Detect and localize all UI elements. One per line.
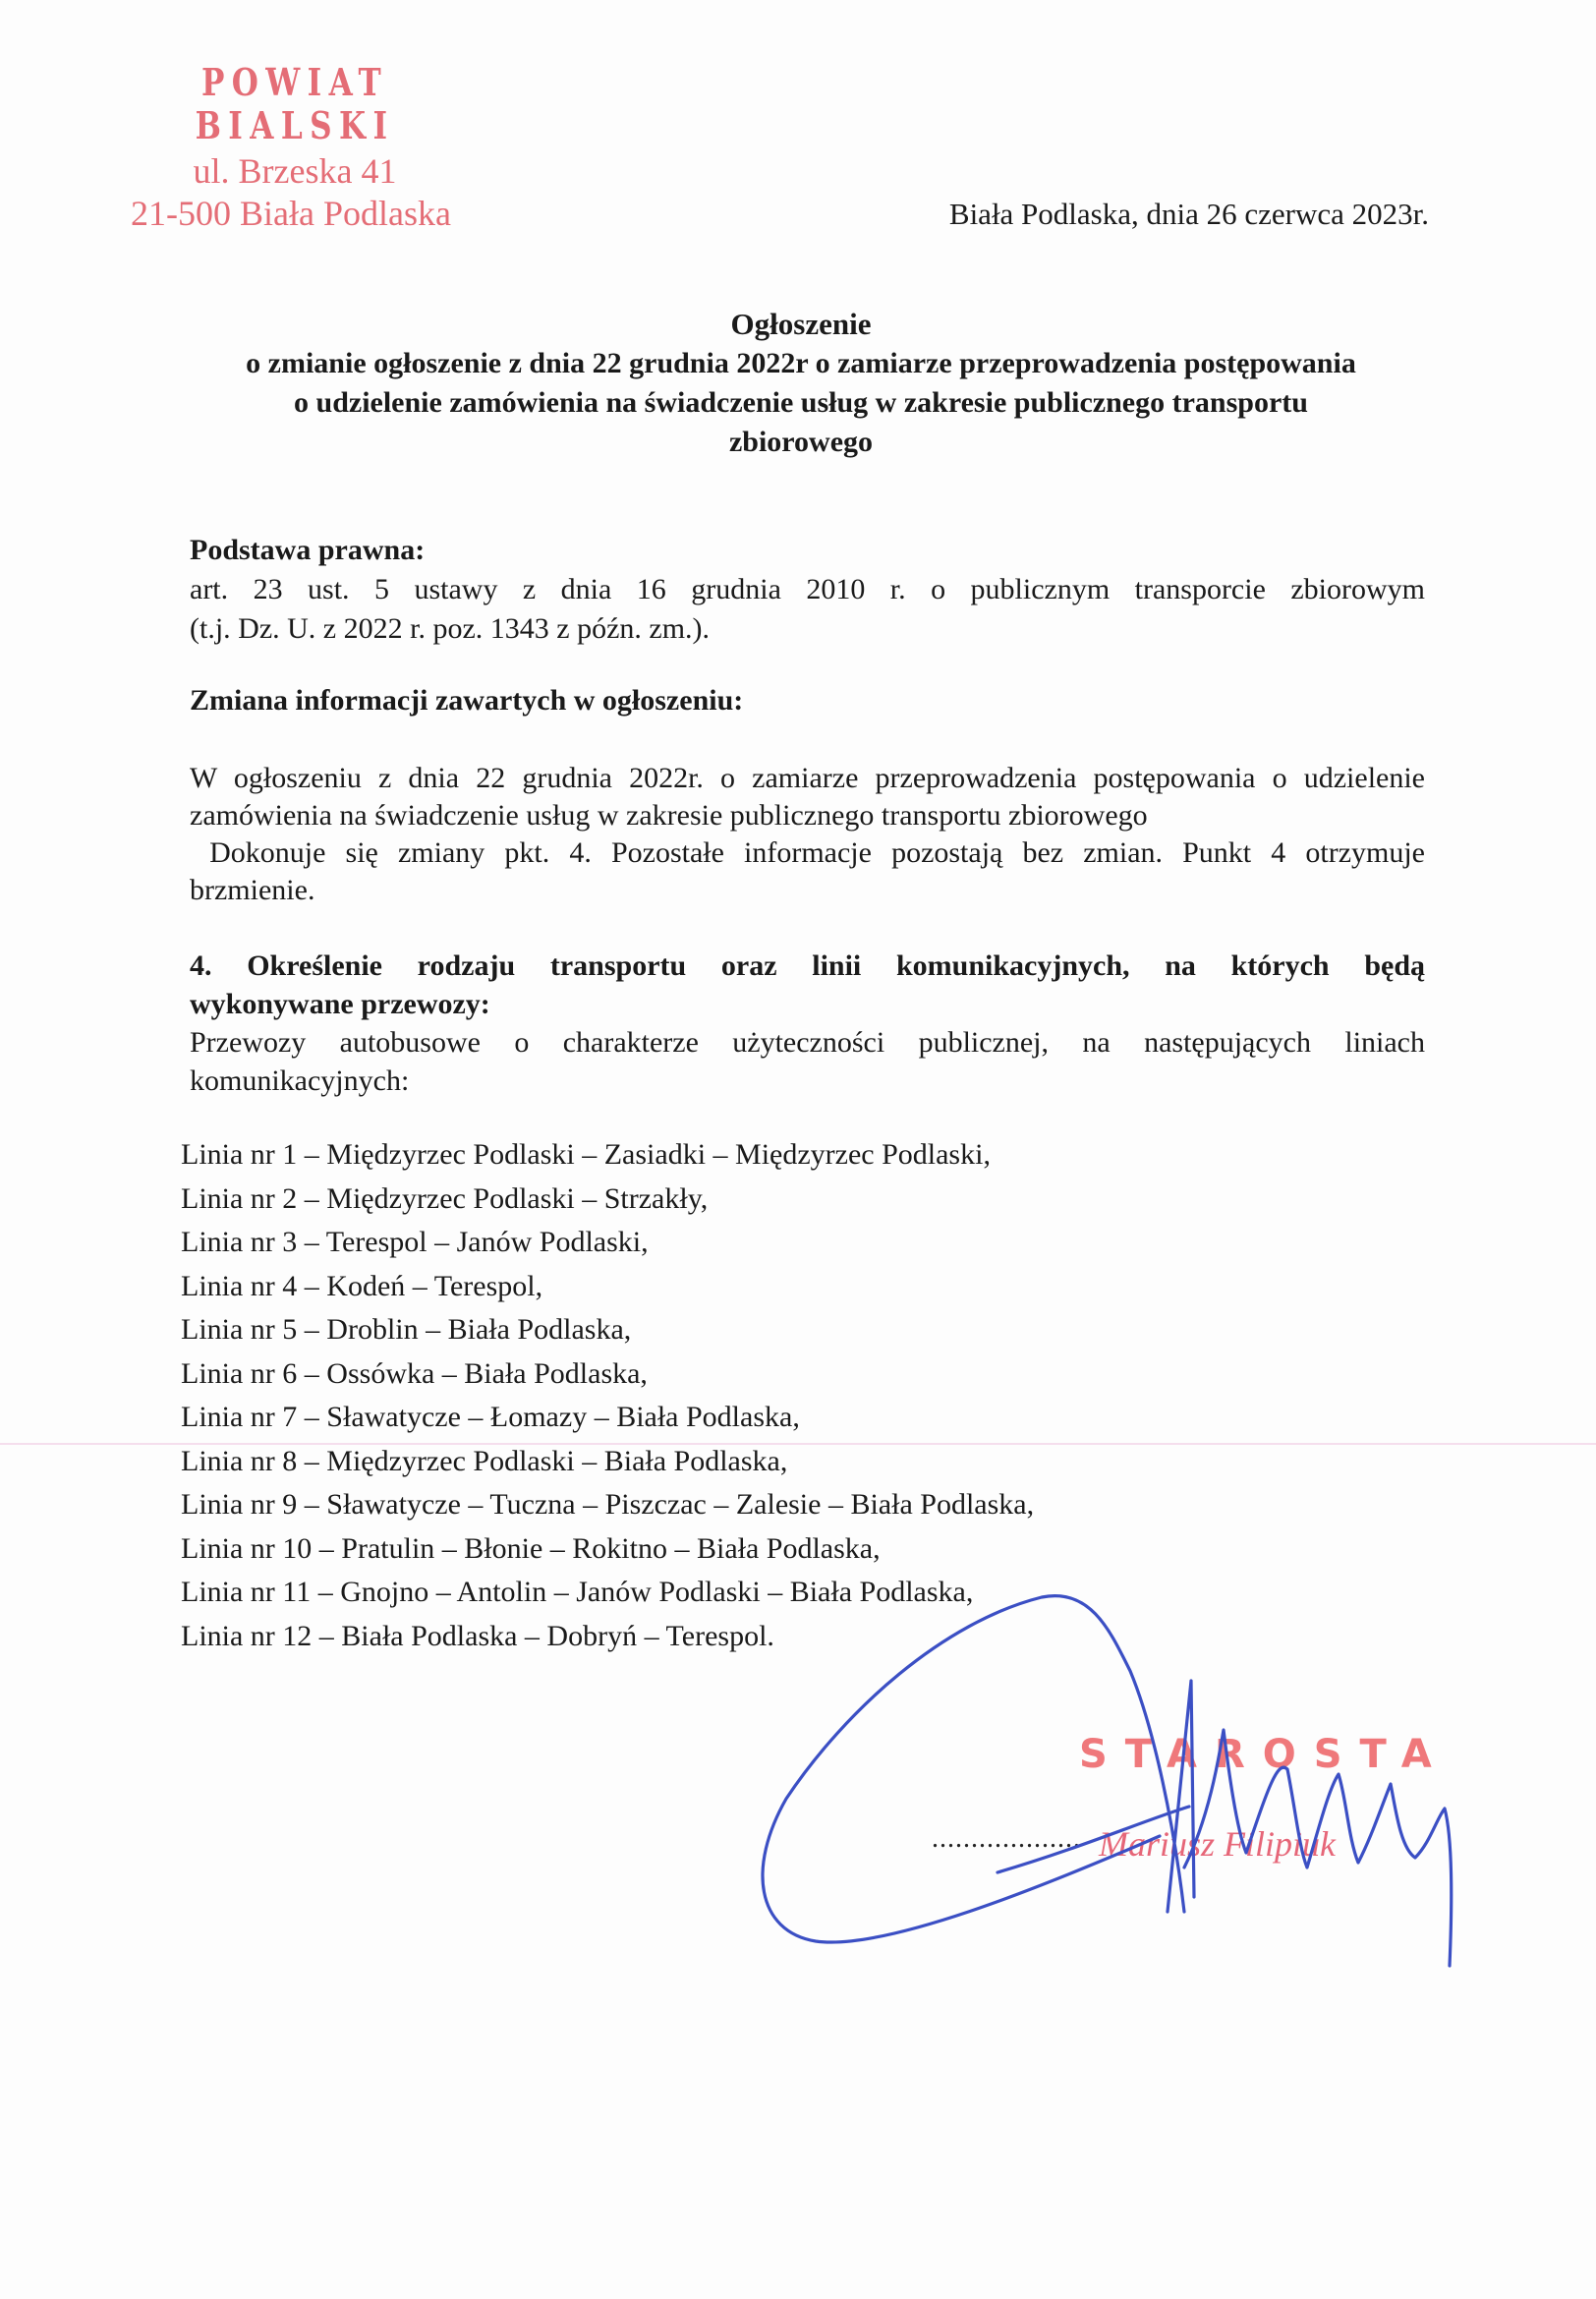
legal-basis-line: art. 23 ust. 5 ustawy z dnia 16 grudnia … — [190, 570, 1425, 609]
office-stamp: POWIAT BIALSKI ul. Brzeska 41 21-500 Bia… — [118, 61, 472, 234]
title-line: zbiorowego — [167, 423, 1435, 462]
starosta-stamp: STAROSTA — [1079, 1732, 1450, 1777]
stamp-city: 21-500 Biała Podlaska — [110, 193, 472, 234]
stamp-street: ul. Brzeska 41 — [118, 149, 472, 193]
list-item: Linia nr 10 – Pratulin – Błonie – Rokitn… — [181, 1527, 1034, 1572]
change-line: zamówienia na świadczenie usług w zakres… — [190, 797, 1425, 834]
list-item: Linia nr 2 – Międzyrzec Podlaski – Strza… — [181, 1178, 1034, 1222]
point-4-intro: komunikacyjnych: — [190, 1062, 1425, 1100]
legal-basis-line: (t.j. Dz. U. z 2022 r. poz. 1343 z późn.… — [190, 609, 1425, 649]
date-line: Biała Podlaska, dnia 26 czerwca 2023r. — [949, 195, 1429, 234]
signatory-name: Mariusz Filipiuk — [1099, 1823, 1336, 1865]
legal-basis-section: Podstawa prawna: art. 23 ust. 5 ustawy z… — [190, 531, 1425, 649]
list-item: Linia nr 1 – Międzyrzec Podlaski – Zasia… — [181, 1133, 1034, 1178]
change-line: brzmienie. — [190, 872, 1425, 909]
change-heading: Zmiana informacji zawartych w ogłoszeniu… — [190, 681, 1425, 720]
signature-dotted-line: ................... — [932, 1823, 1081, 1855]
title-line: o zmianie ogłoszenie z dnia 22 grudnia 2… — [167, 344, 1435, 383]
document-page: POWIAT BIALSKI ul. Brzeska 41 21-500 Bia… — [0, 0, 1596, 2299]
change-line: Dokonuje się zmiany pkt. 4. Pozostałe in… — [190, 834, 1425, 872]
list-item: Linia nr 8 – Międzyrzec Podlaski – Biała… — [181, 1440, 1034, 1484]
title-line: o udzielenie zamówienia na świadczenie u… — [167, 383, 1435, 423]
list-item: Linia nr 7 – Sławatycze – Łomazy – Biała… — [181, 1396, 1034, 1440]
change-paragraph: W ogłoszeniu z dnia 22 grudnia 2022r. o … — [190, 760, 1425, 909]
list-item: Linia nr 5 – Droblin – Biała Podlaska, — [181, 1308, 1034, 1352]
list-item: Linia nr 4 – Kodeń – Terespol, — [181, 1265, 1034, 1309]
scan-artifact-line — [0, 1443, 1596, 1445]
bus-lines-list: Linia nr 1 – Międzyrzec Podlaski – Zasia… — [181, 1133, 1034, 1658]
list-item: Linia nr 9 – Sławatycze – Tuczna – Piszc… — [181, 1483, 1034, 1527]
list-item: Linia nr 12 – Biała Podlaska – Dobryń – … — [181, 1615, 1034, 1659]
stamp-office-name: POWIAT BIALSKI — [149, 61, 439, 147]
list-item: Linia nr 11 – Gnojno – Antolin – Janów P… — [181, 1571, 1034, 1615]
title-heading: Ogłoszenie — [167, 305, 1435, 344]
list-item: Linia nr 6 – Ossówka – Biała Podlaska, — [181, 1352, 1034, 1397]
point-4-heading: wykonywane przewozy: — [190, 985, 1425, 1023]
list-item: Linia nr 3 – Terespol – Janów Podlaski, — [181, 1221, 1034, 1265]
change-line: W ogłoszeniu z dnia 22 grudnia 2022r. o … — [190, 760, 1425, 797]
point-4-section: 4. Określenie rodzaju transportu oraz li… — [190, 947, 1425, 1100]
point-4-intro: Przewozy autobusowe o charakterze użytec… — [190, 1023, 1425, 1062]
document-title: Ogłoszenie o zmianie ogłoszenie z dnia 2… — [167, 305, 1435, 462]
point-4-heading: 4. Określenie rodzaju transportu oraz li… — [190, 947, 1425, 985]
legal-basis-heading: Podstawa prawna: — [190, 531, 1425, 570]
